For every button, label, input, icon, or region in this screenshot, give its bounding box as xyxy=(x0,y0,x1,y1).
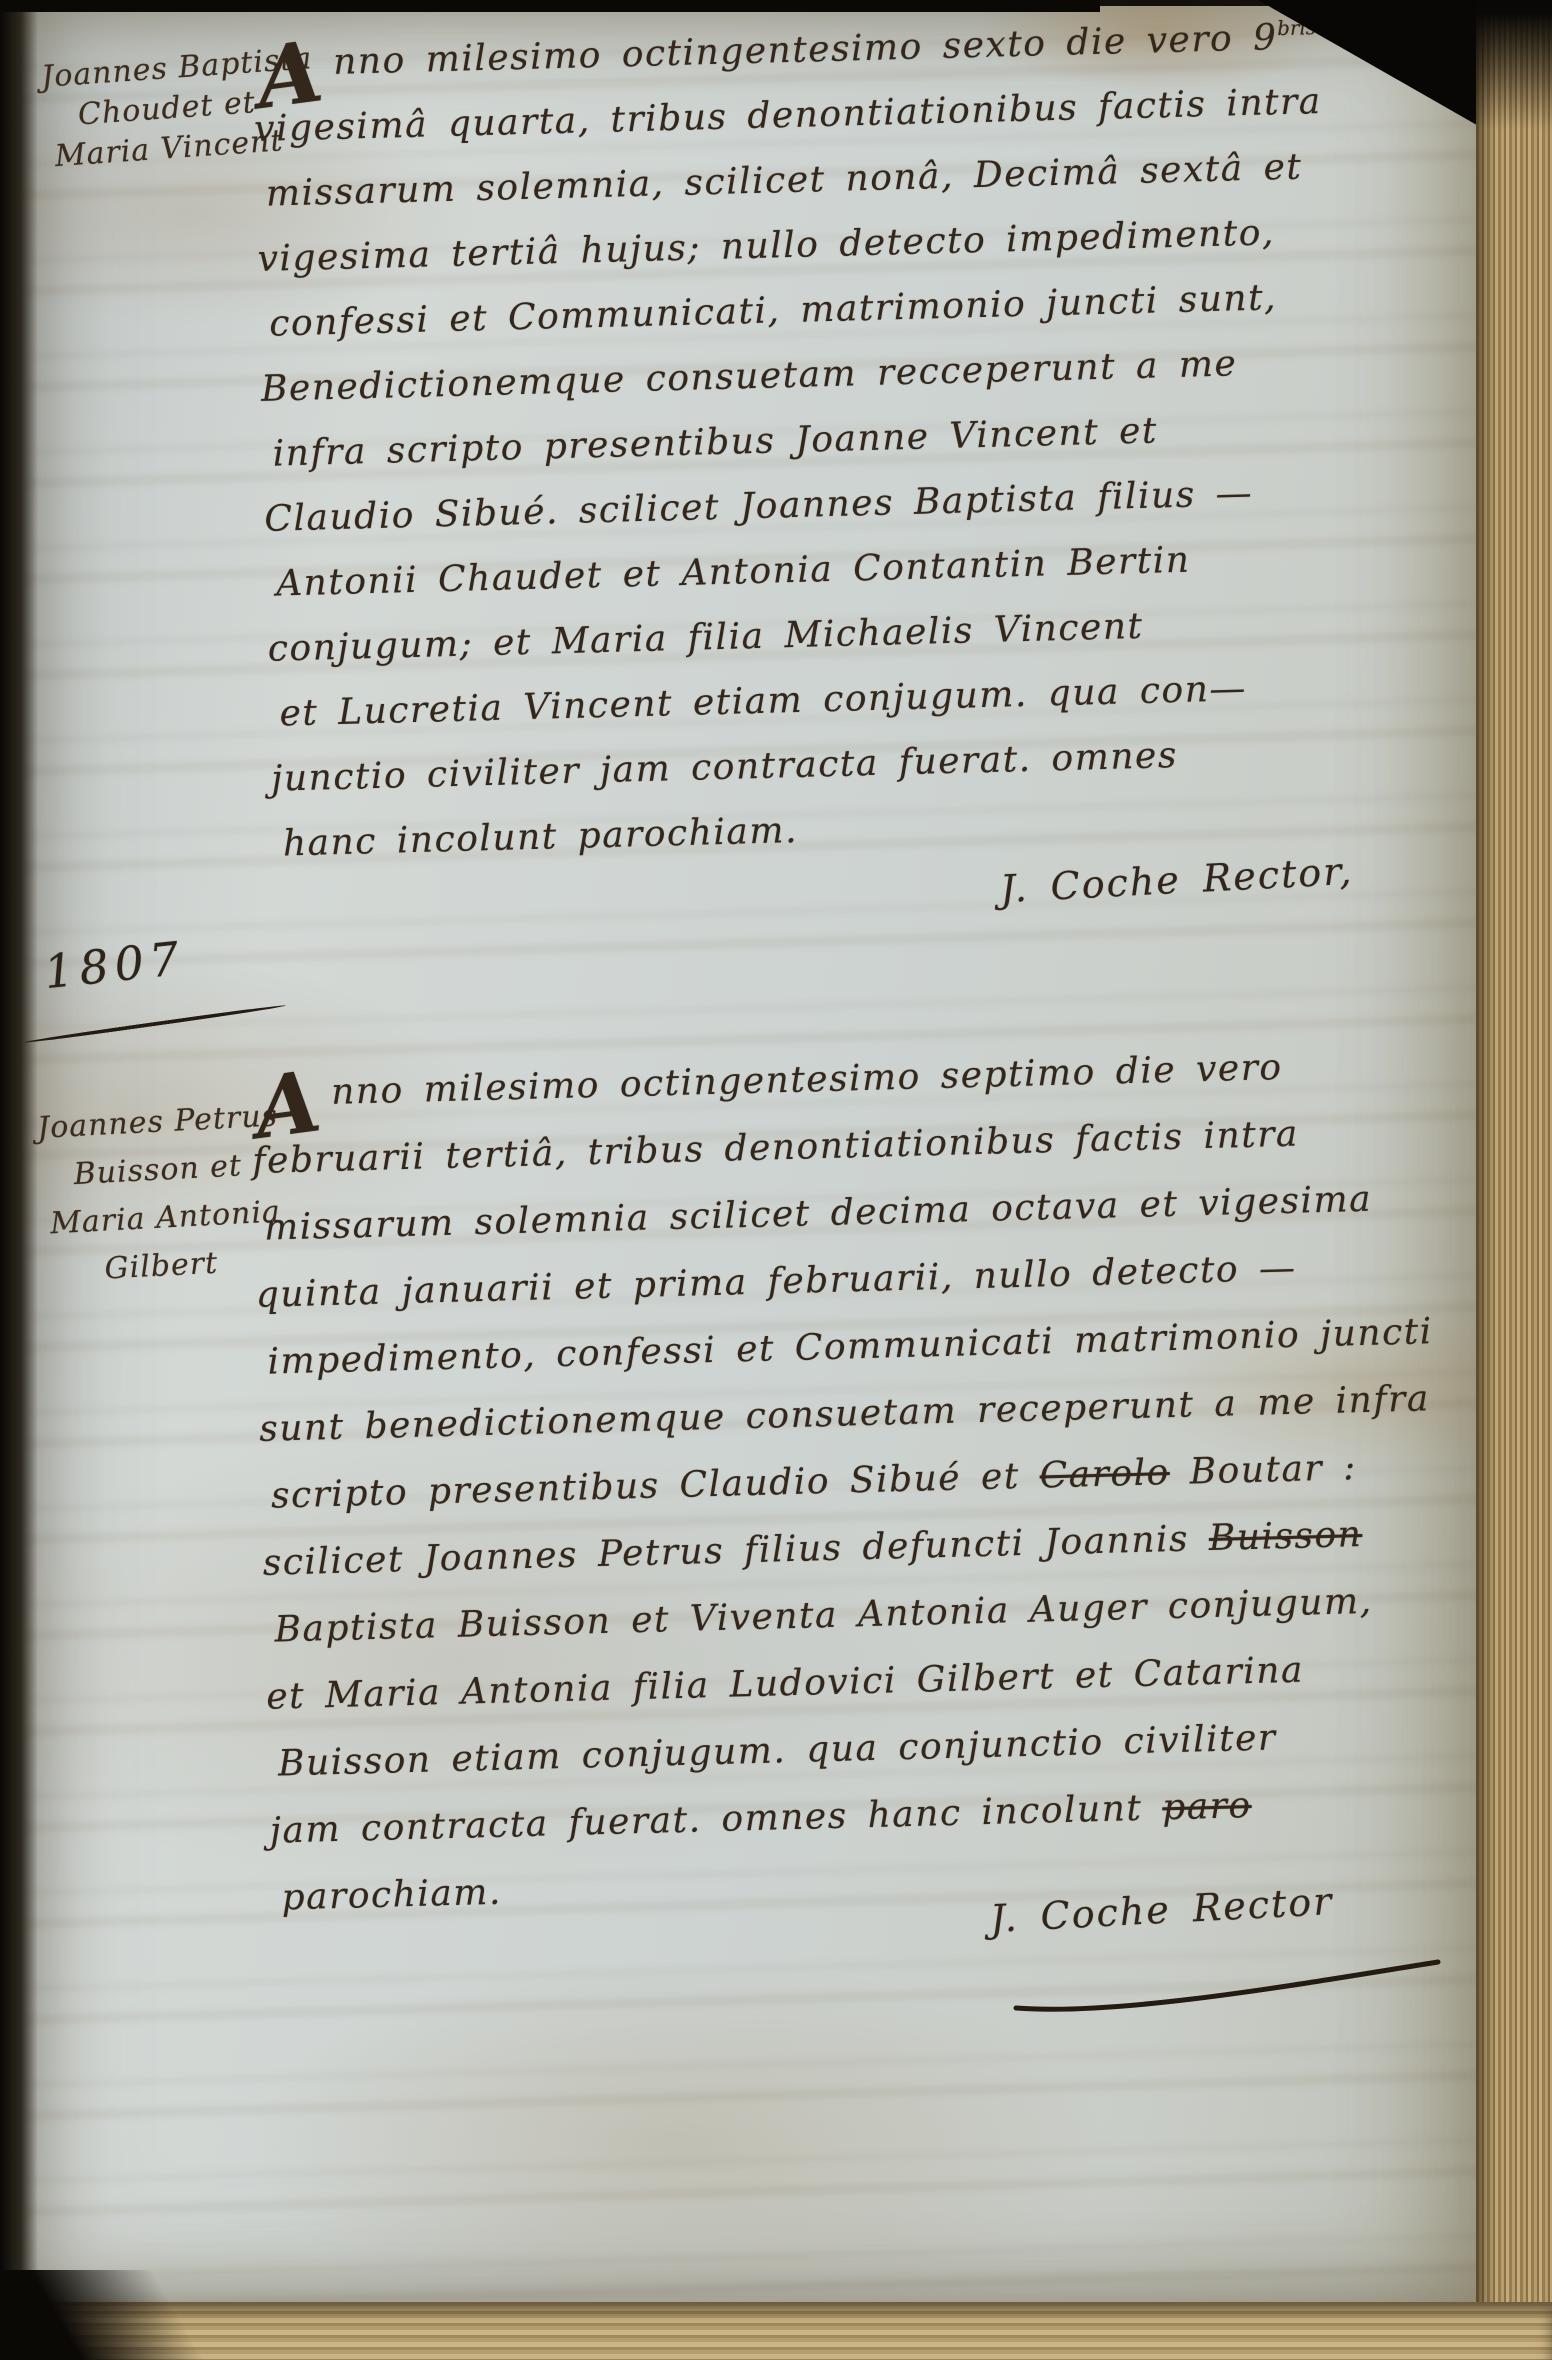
struck-word: Carolo xyxy=(1039,1452,1170,1496)
manuscript-scan: Joannes Baptista Choudet et Maria Vincen… xyxy=(0,0,1552,2360)
book-fore-edge xyxy=(1476,0,1552,2360)
struck-word: Buisson xyxy=(1208,1514,1362,1559)
margin-note-entry-2: Joannes Petrus Buisson et Maria Antonia … xyxy=(36,1092,287,1296)
marriage-record-1806: A nno milesimo octingentesimo sexto die … xyxy=(252,10,1552,889)
book-bottom-page-edges xyxy=(0,2302,1552,2360)
photo-top-edge xyxy=(0,0,1100,12)
drop-cap-initial: A xyxy=(251,1069,325,1141)
photo-bottom-left-corner xyxy=(0,2270,220,2360)
binding-gutter-shadow xyxy=(0,0,38,2360)
drop-cap-initial: A xyxy=(253,39,327,111)
signature-flourish-stroke xyxy=(1010,1950,1450,2020)
record-text: Boutar : xyxy=(1169,1447,1357,1493)
struck-word: paro xyxy=(1162,1785,1252,1828)
marriage-record-1807: A nno milesimo octingentesimo septimo di… xyxy=(250,1040,1552,1945)
